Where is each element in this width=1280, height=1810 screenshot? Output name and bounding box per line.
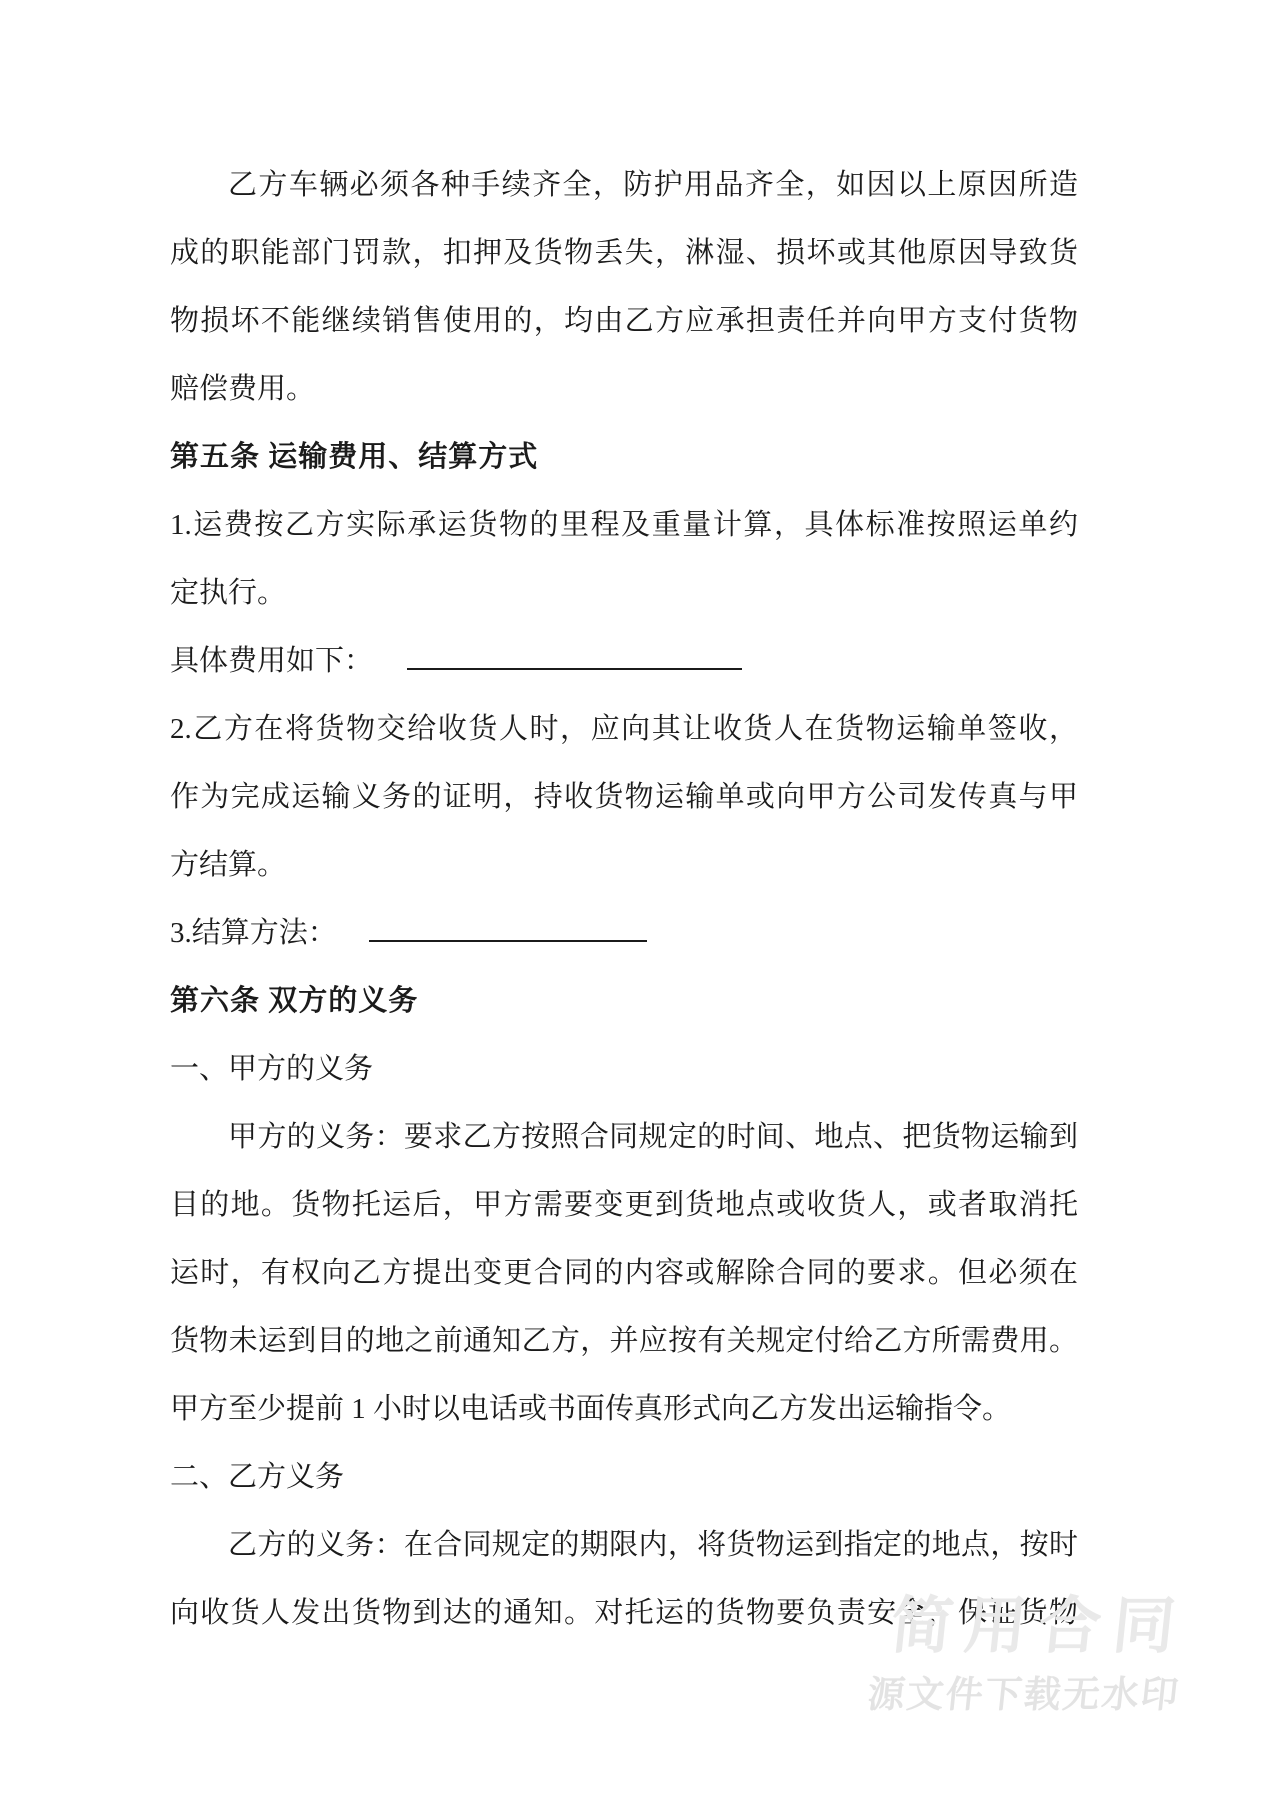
contract-line: 运时，有权向乙方提出变更合同的内容或解除合同的要求。但必须在 [170,1239,1078,1307]
contract-line: 货物未运到目的地之前通知乙方，并应按有关规定付给乙方所需费用。 [170,1307,1078,1375]
settlement-method-label: 3.结算方法： [170,917,337,949]
contract-page: 乙方车辆必须各种手续齐全，防护用品齐全，如因以上原因所造 成的职能部门罚款，扣押… [0,0,1280,1810]
subsection-heading-party-a: 一、甲方的义务 [170,1035,1078,1103]
contract-line: 定执行。 [170,559,1078,627]
contract-line: 1.运费按乙方实际承运货物的里程及重量计算，具体标准按照运单约 [170,491,1078,559]
contract-line: 2.乙方在将货物交给收货人时，应向其让收货人在货物运输单签收， [170,695,1078,763]
settlement-method-line: 3.结算方法： [170,899,1078,967]
fee-detail-label: 具体费用如下： [170,645,373,677]
contract-line: 成的职能部门罚款，扣押及货物丢失，淋湿、损坏或其他原因导致货 [170,219,1078,287]
subsection-heading-party-b: 二、乙方义务 [170,1443,1078,1511]
contract-line: 甲方的义务：要求乙方按照合同规定的时间、地点、把货物运输到 [170,1103,1078,1171]
fee-detail-blank-field [407,658,742,670]
contract-line: 赔偿费用。 [170,355,1078,423]
watermark-tagline-text: 源文件下载无水印 [866,1676,1182,1713]
contract-line: 乙方的义务：在合同规定的期限内，将货物运到指定的地点，按时 [170,1511,1078,1579]
contract-line: 作为完成运输义务的证明，持收货物运输单或向甲方公司发传真与甲 [170,763,1078,831]
section-heading-article-5: 第五条 运输费用、结算方式 [170,423,1078,491]
document-body: 乙方车辆必须各种手续齐全，防护用品齐全，如因以上原因所造 成的职能部门罚款，扣押… [170,151,1078,1647]
contract-line: 目的地。货物托运后，甲方需要变更到货地点或收货人，或者取消托 [170,1171,1078,1239]
contract-line: 乙方车辆必须各种手续齐全，防护用品齐全，如因以上原因所造 [170,151,1078,219]
watermark-brand-text: 简用合同 [872,1596,1191,1658]
watermark: 简用合同 源文件下载无水印 [866,1596,1190,1713]
fee-detail-line: 具体费用如下： [170,627,1078,695]
section-heading-article-6: 第六条 双方的义务 [170,967,1078,1035]
contract-line: 物损坏不能继续销售使用的，均由乙方应承担责任并向甲方支付货物 [170,287,1078,355]
contract-line: 方结算。 [170,831,1078,899]
settlement-method-blank-field [369,930,647,942]
contract-line: 甲方至少提前 1 小时以电话或书面传真形式向乙方发出运输指令。 [170,1375,1078,1443]
